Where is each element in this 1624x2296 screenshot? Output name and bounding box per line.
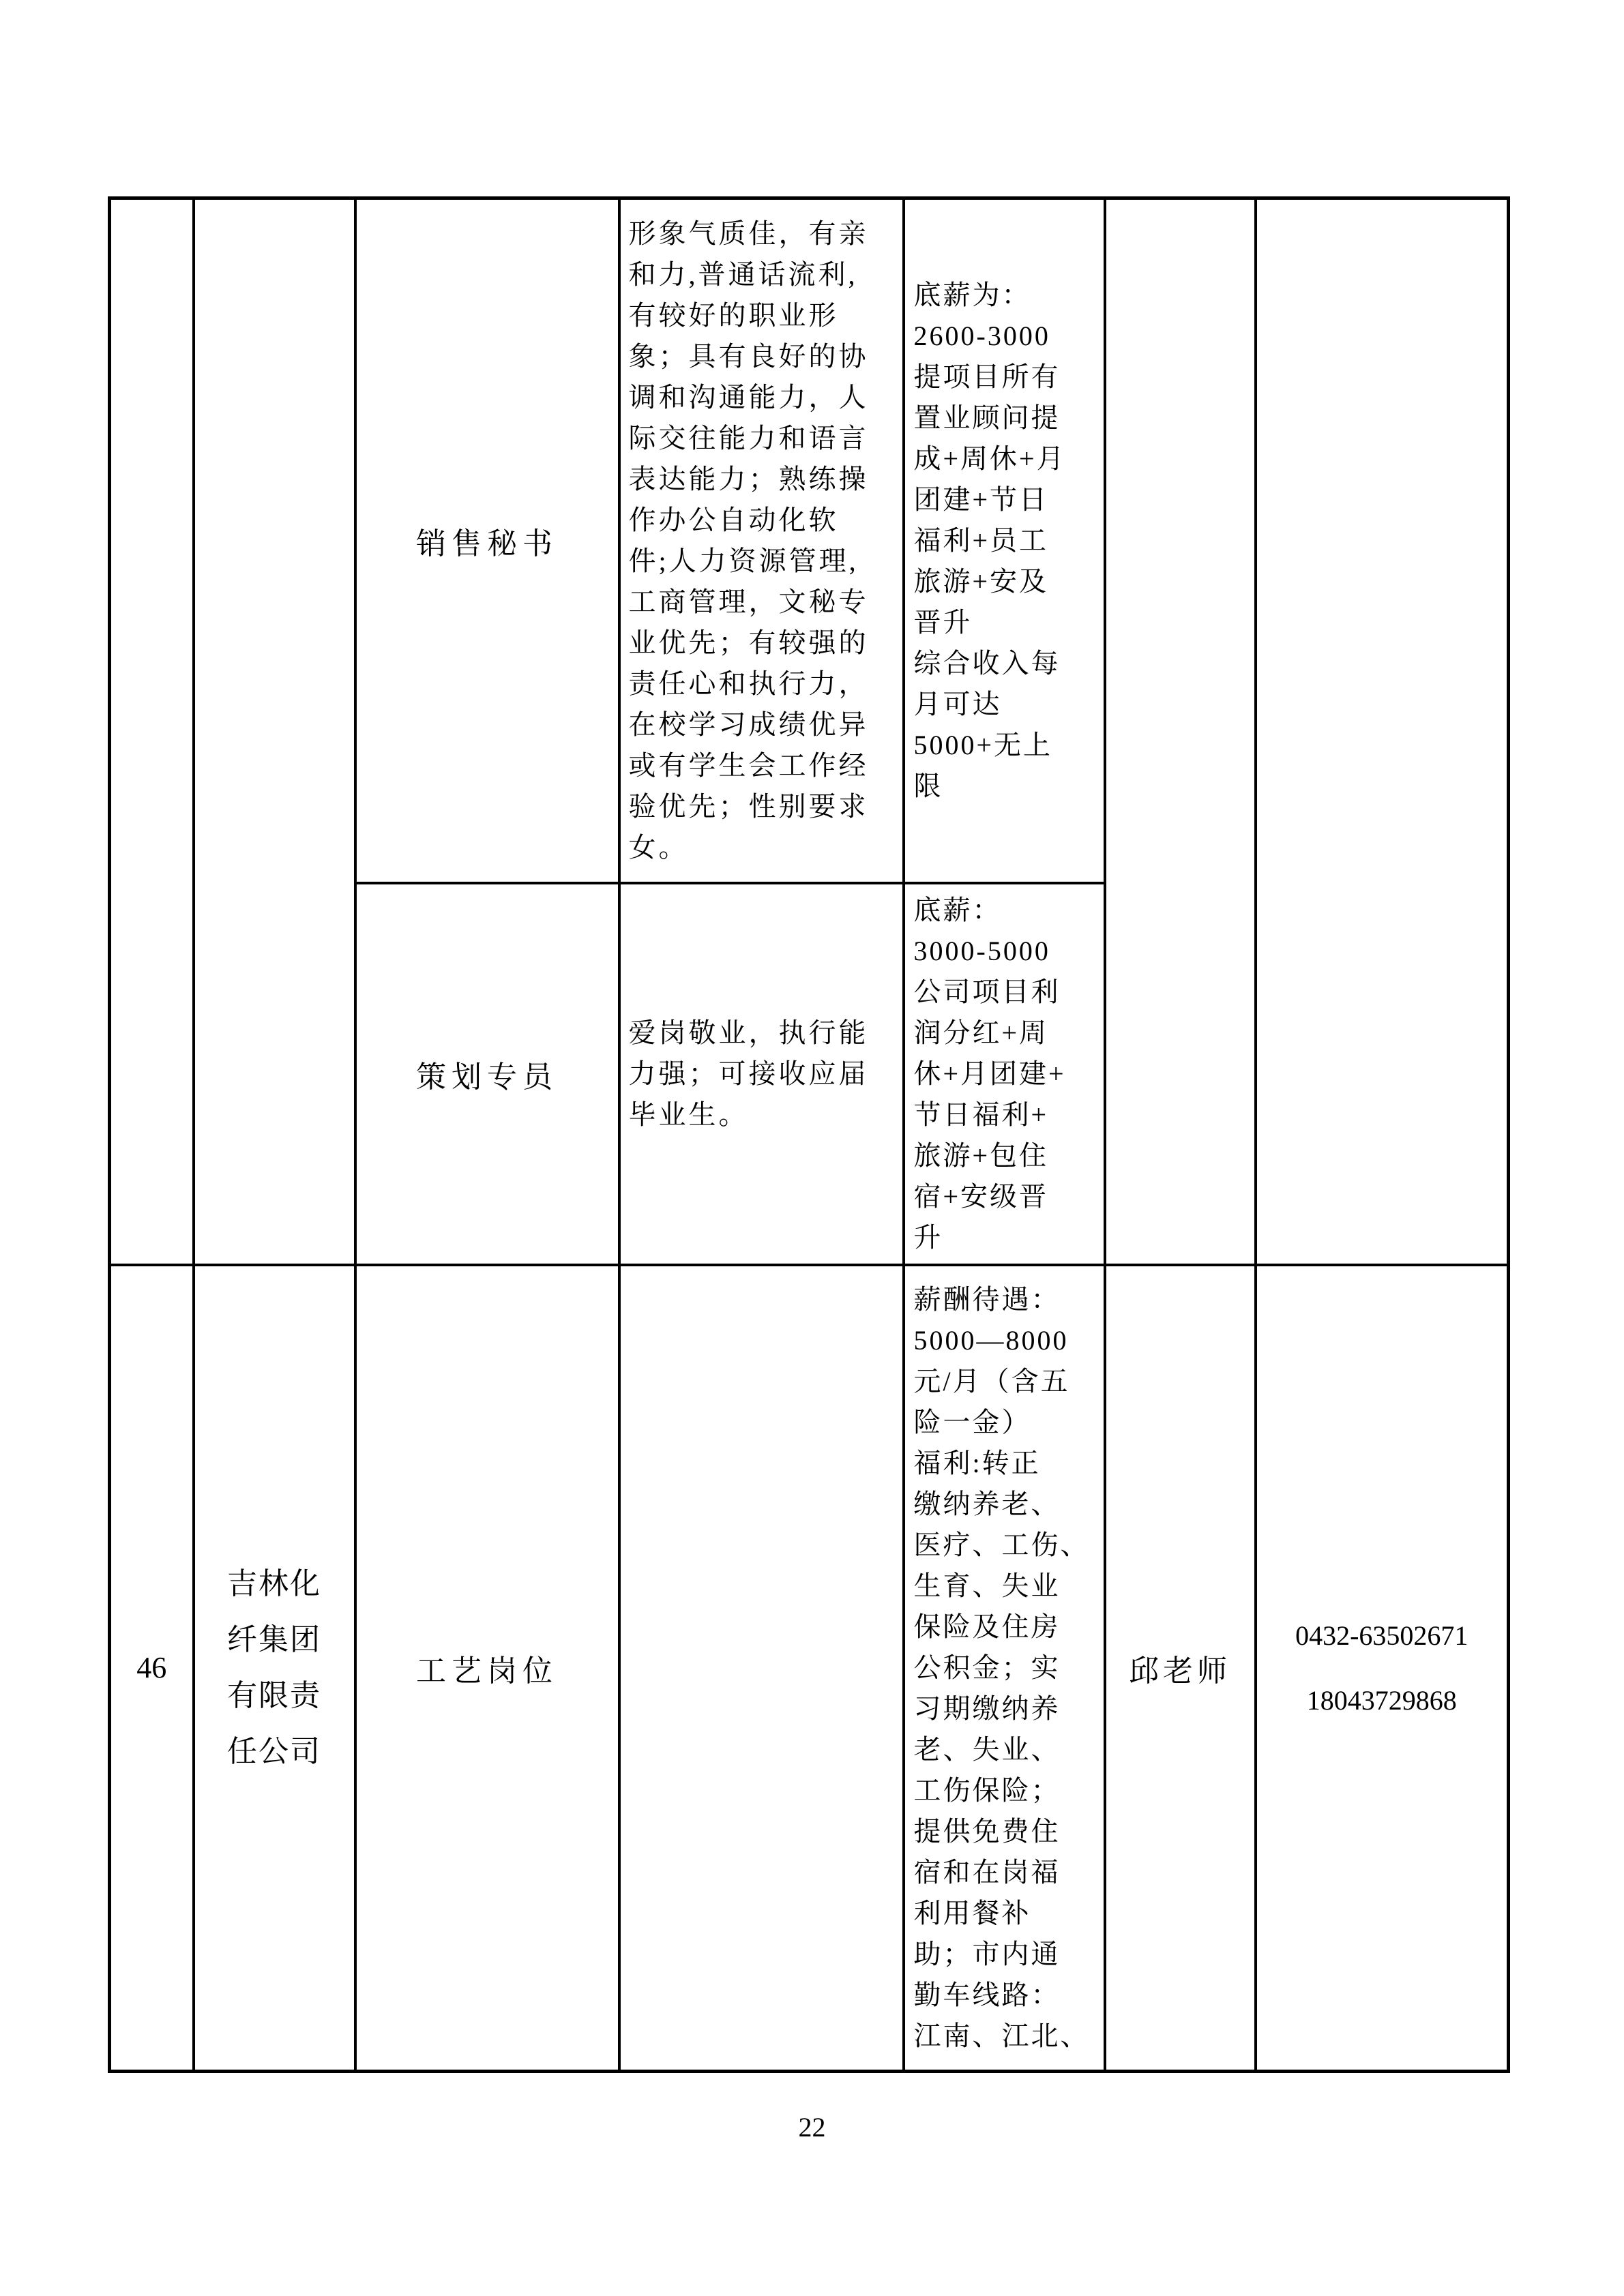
cell-row45-company [194, 198, 355, 1265]
cell-row46-contact: 邱老师 [1105, 1265, 1256, 2072]
cell-planning-specialist-salary: 底薪： 3000-5000 公司项目利 润分红+周 休+月团建+ 节日福利+ 旅… [904, 883, 1105, 1265]
cell-row46-number: 46 [110, 1265, 194, 2072]
cell-row46-phone: 0432-63502671 18043729868 [1256, 1265, 1509, 2072]
job-listing-table: 销售秘书 形象气质佳，有亲 和力,普通话流利, 有较好的职业形 象；具有良好的协… [108, 196, 1510, 2073]
cell-craft-post-position: 工艺岗位 [355, 1265, 619, 2072]
cell-row46-salary: 薪酬待遇： 5000—8000 元/月（含五 险一金） 福利:转正 缴纳养老、 … [904, 1265, 1105, 2072]
page-number: 22 [0, 2111, 1624, 2143]
cell-planning-specialist-requirements: 爱岗敬业，执行能 力强；可接收应届 毕业生。 [619, 883, 904, 1265]
cell-row45-number [110, 198, 194, 1265]
cell-sales-secretary-salary: 底薪为： 2600-3000 提项目所有 置业顾问提 成+周休+月 团建+节日 … [904, 198, 1105, 883]
cell-row46-requirements [619, 1265, 904, 2072]
cell-row45-contact [1105, 198, 1256, 1265]
table-row-45-sub1: 销售秘书 形象气质佳，有亲 和力,普通话流利, 有较好的职业形 象；具有良好的协… [110, 198, 1509, 883]
cell-planning-specialist-position: 策划专员 [355, 883, 619, 1265]
cell-row45-phone [1256, 198, 1509, 1265]
cell-sales-secretary-position: 销售秘书 [355, 198, 619, 883]
cell-row46-company: 吉林化 纤集团 有限责 任公司 [194, 1265, 355, 2072]
table-row-46: 46 吉林化 纤集团 有限责 任公司 工艺岗位 薪酬待遇： 5000—8000 … [110, 1265, 1509, 2072]
cell-sales-secretary-requirements: 形象气质佳，有亲 和力,普通话流利, 有较好的职业形 象；具有良好的协 调和沟通… [619, 198, 904, 883]
